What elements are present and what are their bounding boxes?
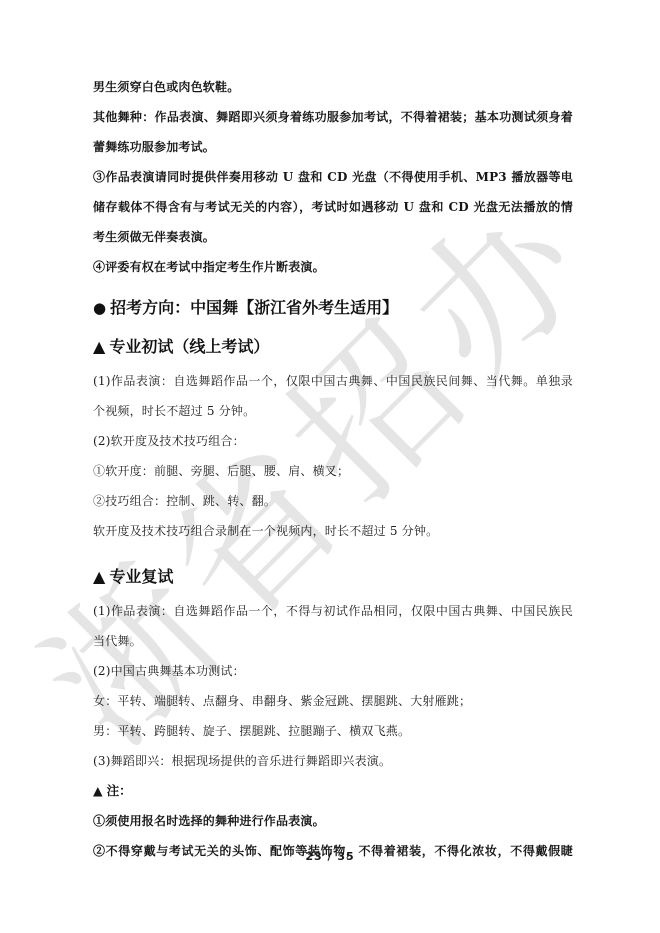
text-line: (2)中国古典舞基本功测试： [93,656,573,686]
section-heading-admission-direction: ●招考方向：中国舞【浙江省外考生适用】 [93,288,573,328]
bullet-triangle-icon: ▲ [93,567,105,586]
section-heading-second-round-exam: ▲专业复试 [93,558,573,596]
text-line: (1)作品表演：自选舞蹈作品一个，不得与初试作品相同，仅限中国古典舞、中国民族民… [93,596,573,626]
text-line: ②技巧组合：控制、跳、转、翻。 [93,486,573,516]
page-number: 23 / 35 [305,850,354,863]
text-line: ①须使用报名时选择的舞种进行作品表演。 [93,806,573,836]
text-line: 女：平转、端腿转、点翻身、串翻身、紫金冠跳、摆腿跳、大射雁跳； [93,686,573,716]
text-line: 男：平转、跨腿转、旋子、摆腿跳、拉腿蹦子、横双飞燕。 [93,716,573,746]
text-line: 考生须做无伴奏表演。 [93,222,573,252]
note-heading: ▲注： [93,776,573,806]
text-line: 个视频，时长不超过 5 分钟。 [93,396,573,426]
text-line: 软开度及技术技巧组合录制在一个视频内，时长不超过 5 分钟。 [93,516,573,546]
text-line: (3)舞蹈即兴：根据现场提供的音乐进行舞蹈即兴表演。 [93,746,573,776]
text-line: (2)软开度及技术技巧组合： [93,426,573,456]
heading-text: 专业初试（线上考试） [109,337,269,356]
text-line: 男生须穿白色或肉色软鞋。 [93,72,573,102]
bullet-triangle-icon: ▲ [93,337,105,356]
text-line: ①软开度：前腿、旁腿、后腿、腰、肩、横叉； [93,456,573,486]
document-content: 男生须穿白色或肉色软鞋。 其他舞种：作品表演、舞蹈即兴须身着练功服参加考试，不得… [0,0,660,866]
heading-text: 专业复试 [109,567,173,586]
text-line: ③作品表演请同时提供伴奏用移动 U 盘和 CD 光盘（不得使用手机、MP3 播放… [93,162,573,192]
heading-text: 招考方向：中国舞【浙江省外考生适用】 [110,298,398,317]
heading-text: 注： [107,783,132,798]
section-heading-preliminary-exam: ▲专业初试（线上考试） [93,328,573,366]
page-footer: 23 / 35 [0,850,660,863]
text-line: 蕾舞练功服参加考试。 [93,132,573,162]
text-line: ④评委有权在考试中指定考生作片断表演。 [93,252,573,282]
text-line: 其他舞种：作品表演、舞蹈即兴须身着练功服参加考试，不得着裙装；基本功测试须身着芭 [93,102,573,132]
bullet-triangle-icon: ▲ [93,783,103,798]
text-line: 当代舞。 [93,626,573,656]
bullet-circle-icon: ● [93,299,106,317]
document-page: 浙省招办 男生须穿白色或肉色软鞋。 其他舞种：作品表演、舞蹈即兴须身着练功服参加… [0,0,660,933]
text-line: 储存载体不得含有与考试无关的内容），考试时如遇移动 U 盘和 CD 光盘无法播放… [93,192,573,222]
text-line: (1)作品表演：自选舞蹈作品一个，仅限中国古典舞、中国民族民间舞、当代舞。单独录… [93,366,573,396]
